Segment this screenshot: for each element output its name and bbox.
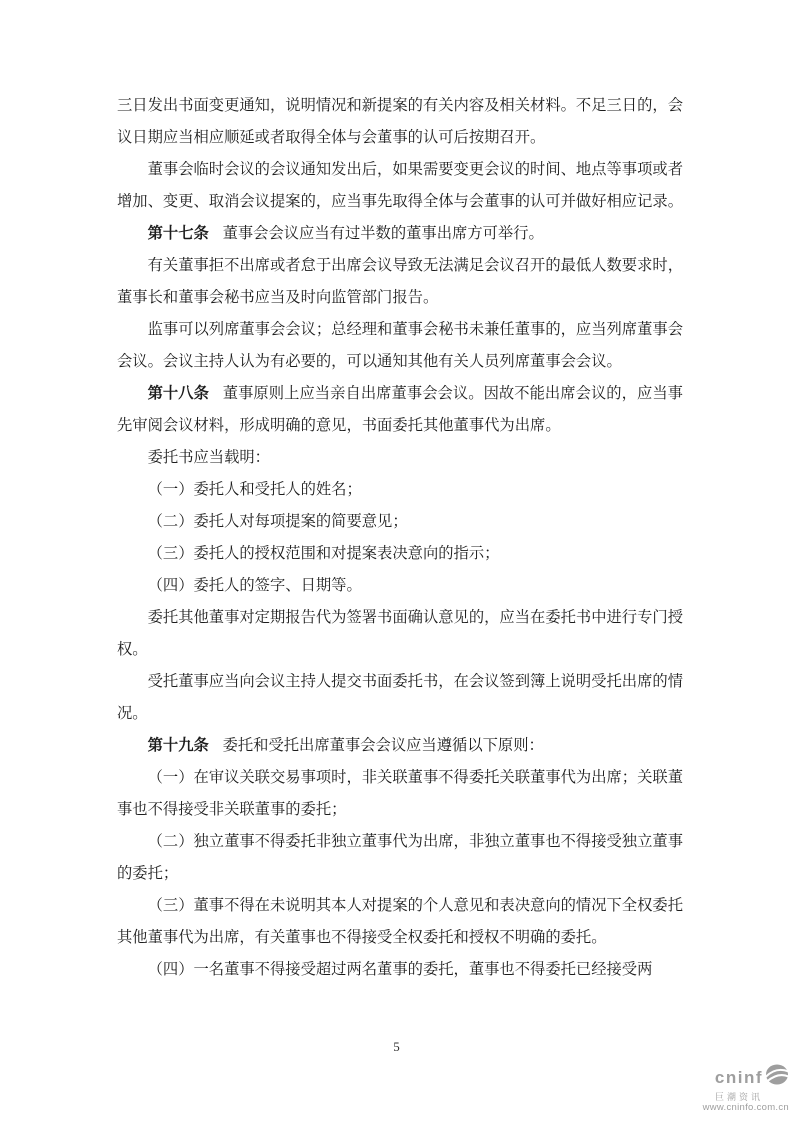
body-paragraph: （三）董事不得在未说明其本人对提案的个人意见和表决意向的情况下全权委托其他董事代… — [117, 890, 683, 954]
body-paragraph: （三）委托人的授权范围和对提案表决意向的指示； — [117, 538, 683, 570]
paragraph-text: 受托董事应当向会议主持人提交书面委托书，在会议签到簿上说明受托出席的情况。 — [117, 673, 683, 722]
cninfo-logo: cninf 巨潮资讯 www.cninfo.com.cn — [703, 1064, 789, 1114]
paragraph-text: 监事可以列席董事会会议；总经理和董事会秘书未兼任董事的，应当列席董事会会议。会议… — [117, 321, 683, 370]
paragraph-text: （二）独立董事不得委托非独立董事代为出席，非独立董事也不得接受独立董事的委托； — [117, 833, 683, 882]
paragraph-text: 委托书应当载明： — [148, 449, 270, 466]
paragraph-text: （四）委托人的签字、日期等。 — [148, 577, 362, 594]
clause-paragraph: 第十九条委托和受托出席董事会会议应当遵循以下原则： — [117, 730, 683, 762]
body-paragraph: （四）一名董事不得接受超过两名董事的委托，董事也不得委托已经接受两 — [117, 954, 683, 986]
paragraph-text: 委托和受托出席董事会会议应当遵循以下原则： — [223, 737, 544, 754]
clause-paragraph: 第十八条董事原则上应当亲自出席董事会会议。因故不能出席会议的，应当事先审阅会议材… — [117, 378, 683, 442]
paragraph-text: （一）委托人和受托人的姓名； — [148, 481, 362, 498]
body-paragraph: 受托董事应当向会议主持人提交书面委托书，在会议签到簿上说明受托出席的情况。 — [117, 666, 683, 730]
paragraph-text: 有关董事拒不出席或者怠于出席会议导致无法满足会议召开的最低人数要求时，董事长和董… — [117, 257, 683, 306]
paragraph-text: （三）委托人的授权范围和对提案表决意向的指示； — [148, 545, 500, 562]
cninfo-logo-row: cninf — [703, 1064, 789, 1090]
paragraph-text: 董事会临时会议的会议通知发出后，如果需要变更会议的时间、地点等事项或者增加、变更… — [117, 161, 683, 210]
paragraph-text: 委托其他董事对定期报告代为签署书面确认意见的，应当在委托书中进行专门授权。 — [117, 609, 683, 658]
body-paragraph: （一）在审议关联交易事项时，非关联董事不得委托关联董事代为出席；关联董事也不得接… — [117, 762, 683, 826]
cninfo-swirl-icon — [765, 1064, 789, 1090]
document-page: 三日发出书面变更通知，说明情况和新提案的有关内容及相关材料。不足三日的，会议日期… — [0, 0, 793, 1122]
paragraph-text: （四）一名董事不得接受超过两名董事的委托，董事也不得委托已经接受两 — [148, 961, 653, 978]
body-paragraph: （一）委托人和受托人的姓名； — [117, 474, 683, 506]
body-paragraph: 三日发出书面变更通知，说明情况和新提案的有关内容及相关材料。不足三日的，会议日期… — [117, 90, 683, 154]
cninfo-wordmark: cninf — [715, 1068, 763, 1088]
paragraph-text: （三）董事不得在未说明其本人对提案的个人意见和表决意向的情况下全权委托其他董事代… — [117, 897, 683, 946]
body-paragraph: 委托书应当载明： — [117, 442, 683, 474]
document-body: 三日发出书面变更通知，说明情况和新提案的有关内容及相关材料。不足三日的，会议日期… — [117, 90, 683, 986]
cninfo-website: www.cninfo.com.cn — [703, 1103, 789, 1114]
cninfo-chinese-name: 巨潮资讯 — [703, 1092, 763, 1102]
clause-number: 第十八条 — [148, 385, 209, 402]
body-paragraph: 委托其他董事对定期报告代为签署书面确认意见的，应当在委托书中进行专门授权。 — [117, 602, 683, 666]
body-paragraph: （四）委托人的签字、日期等。 — [117, 570, 683, 602]
clause-paragraph: 第十七条董事会会议应当有过半数的董事出席方可举行。 — [117, 218, 683, 250]
clause-number: 第十七条 — [148, 225, 209, 242]
body-paragraph: （二）委托人对每项提案的简要意见； — [117, 506, 683, 538]
paragraph-text: 董事会会议应当有过半数的董事出席方可举行。 — [223, 225, 544, 242]
body-paragraph: 董事会临时会议的会议通知发出后，如果需要变更会议的时间、地点等事项或者增加、变更… — [117, 154, 683, 218]
clause-number: 第十九条 — [148, 737, 209, 754]
paragraph-text: （二）委托人对每项提案的简要意见； — [148, 513, 408, 530]
page-number: 5 — [0, 1039, 793, 1055]
body-paragraph: 有关董事拒不出席或者怠于出席会议导致无法满足会议召开的最低人数要求时，董事长和董… — [117, 250, 683, 314]
body-paragraph: 监事可以列席董事会会议；总经理和董事会秘书未兼任董事的，应当列席董事会会议。会议… — [117, 314, 683, 378]
body-paragraph: （二）独立董事不得委托非独立董事代为出席，非独立董事也不得接受独立董事的委托； — [117, 826, 683, 890]
paragraph-text: 三日发出书面变更通知，说明情况和新提案的有关内容及相关材料。不足三日的，会议日期… — [117, 97, 683, 146]
paragraph-text: （一）在审议关联交易事项时，非关联董事不得委托关联董事代为出席；关联董事也不得接… — [117, 769, 683, 818]
